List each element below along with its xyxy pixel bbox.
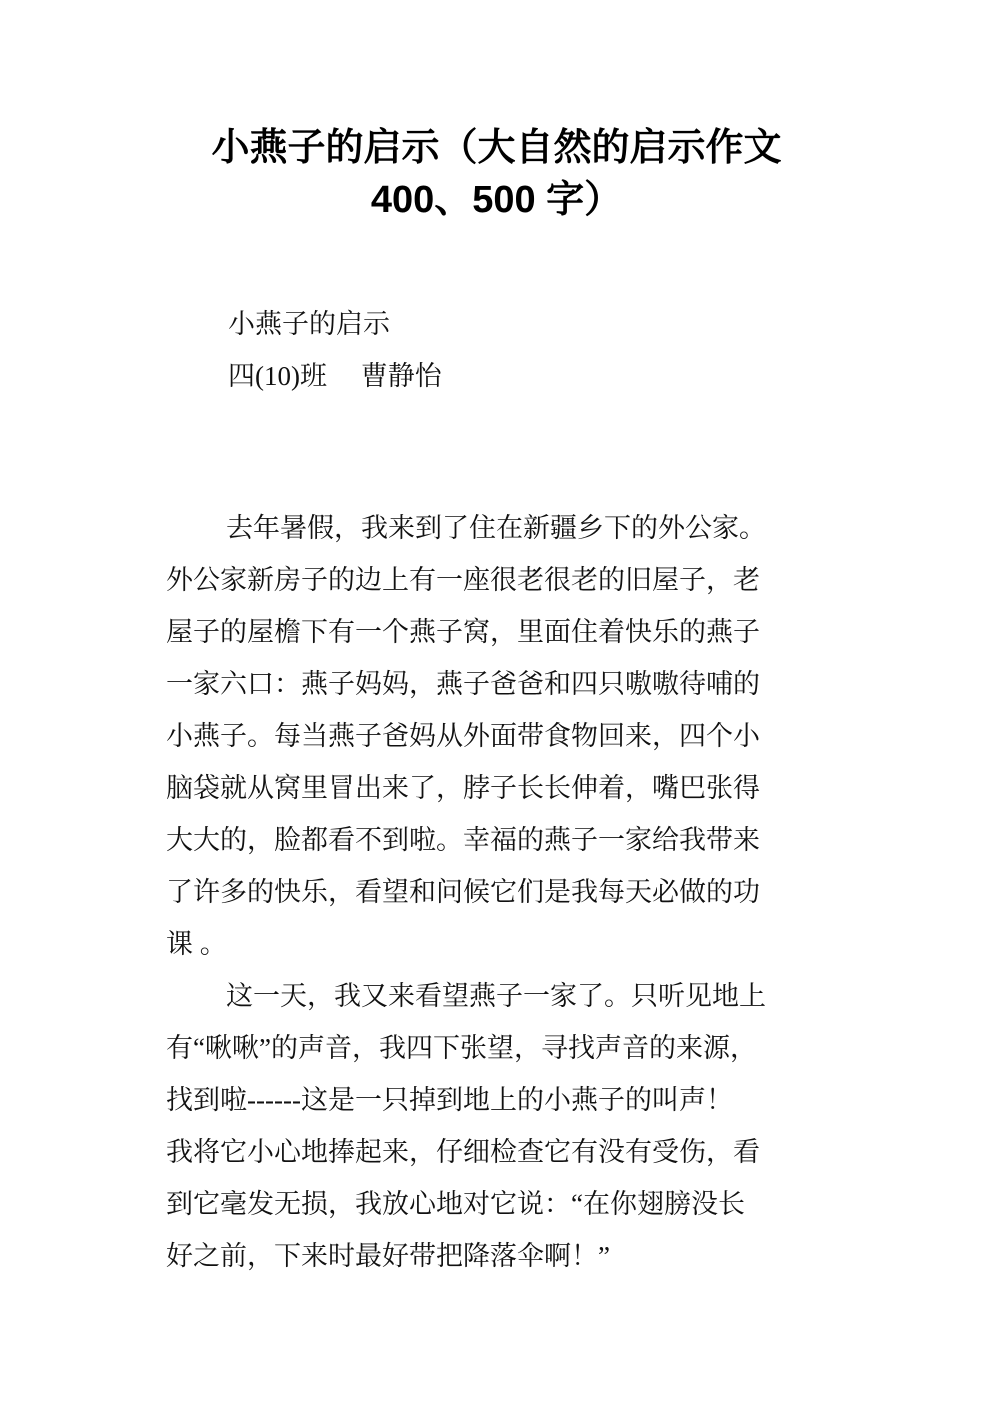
paragraph-line: 有“啾啾”的声音，我四下张望，寻找声音的来源， <box>166 1022 846 1074</box>
paragraph-1: 去年暑假，我来到了住在新疆乡下的外公家。 外公家新房子的边上有一座很老很老的旧屋… <box>166 502 846 970</box>
article-meta: 小燕子的启示 四(10)班 曹静怡 <box>228 298 442 402</box>
paragraph-2: 这一天，我又来看望燕子一家了。只听见地上 有“啾啾”的声音，我四下张望，寻找声音… <box>166 970 846 1282</box>
author-byline: 四(10)班 曹静怡 <box>228 350 442 402</box>
title-line-2: 400、500 字） <box>0 174 993 226</box>
paragraph-line: 大大的，脸都看不到啦。幸福的燕子一家给我带来 <box>166 814 846 866</box>
document-title: 小燕子的启示（大自然的启示作文 400、500 字） <box>0 122 993 226</box>
paragraph-line: 好之前，下来时最好带把降落伞啊！” <box>166 1230 846 1282</box>
article-body: 去年暑假，我来到了住在新疆乡下的外公家。 外公家新房子的边上有一座很老很老的旧屋… <box>166 502 846 1282</box>
paragraph-line: 小燕子。每当燕子爸妈从外面带食物回来，四个小 <box>166 710 846 762</box>
paragraph-line: 找到啦------这是一只掉到地上的小燕子的叫声！ <box>166 1074 846 1126</box>
paragraph-line: 课 。 <box>166 918 846 970</box>
title-line-1: 小燕子的启示（大自然的启示作文 <box>0 122 993 174</box>
paragraph-line: 到它毫发无损，我放心地对它说：“在你翅膀没长 <box>166 1178 846 1230</box>
paragraph-line: 了许多的快乐，看望和问候它们是我每天必做的功 <box>166 866 846 918</box>
article-subtitle: 小燕子的启示 <box>228 298 442 350</box>
document-page: 小燕子的启示（大自然的启示作文 400、500 字） 小燕子的启示 四(10)班… <box>0 0 993 1404</box>
paragraph-line: 这一天，我又来看望燕子一家了。只听见地上 <box>166 970 846 1022</box>
paragraph-line: 外公家新房子的边上有一座很老很老的旧屋子，老 <box>166 554 846 606</box>
paragraph-line: 脑袋就从窝里冒出来了，脖子长长伸着，嘴巴张得 <box>166 762 846 814</box>
paragraph-line: 屋子的屋檐下有一个燕子窝，里面住着快乐的燕子 <box>166 606 846 658</box>
paragraph-line: 我将它小心地捧起来，仔细检查它有没有受伤，看 <box>166 1126 846 1178</box>
paragraph-line: 去年暑假，我来到了住在新疆乡下的外公家。 <box>166 502 846 554</box>
paragraph-line: 一家六口：燕子妈妈，燕子爸爸和四只嗷嗷待哺的 <box>166 658 846 710</box>
